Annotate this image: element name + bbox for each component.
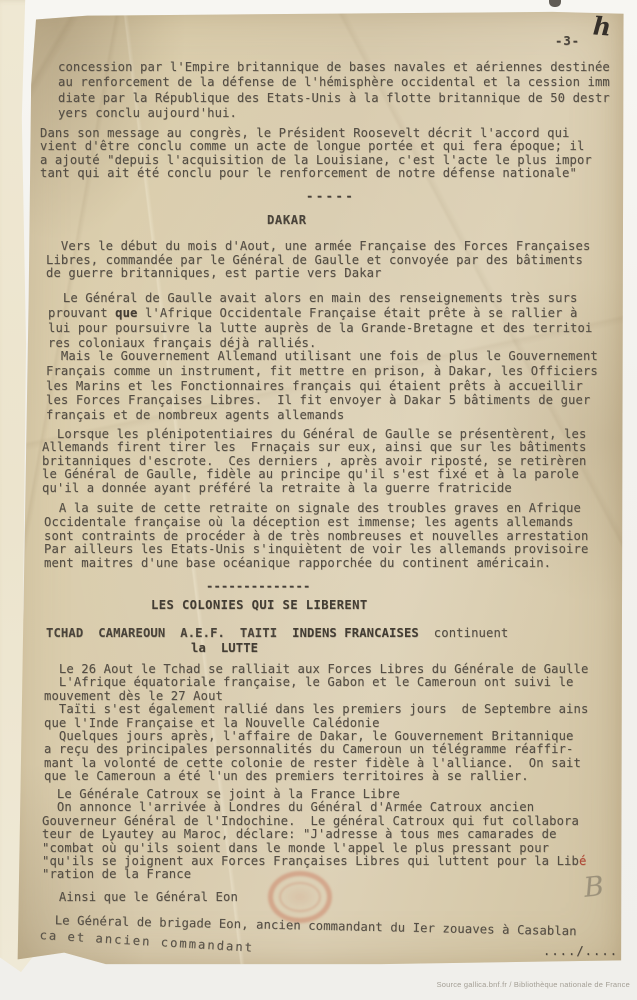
paragraph-catroux-start: Le Générale Catroux se joint à la France… bbox=[42, 787, 579, 868]
scanned-page: B h -3- concession par l'Empire britanni… bbox=[0, 0, 637, 1000]
red-typed-letter: é bbox=[579, 854, 586, 868]
paragraph-ralliements: Le 26 Aout le Tchad se ralliait aux Forc… bbox=[44, 663, 588, 784]
page-number: -3- bbox=[555, 34, 580, 48]
paragraph-catroux: Le Générale Catroux se joint à la France… bbox=[42, 788, 586, 882]
gallica-attribution: Source gallica.bnf.fr / Bibliothèque nat… bbox=[437, 980, 630, 989]
handwritten-mark: h bbox=[592, 11, 612, 41]
heading-dakar: DAKAR bbox=[267, 213, 307, 227]
paragraph-catroux-end: "ration de la France bbox=[42, 867, 191, 881]
continuation-dots: ..../.... bbox=[543, 944, 618, 958]
paragraph-renseignements: Le Général de Gaulle avait alors en main… bbox=[48, 291, 592, 351]
overstruck-word: que bbox=[115, 306, 137, 320]
paragraph-concession: concession par l'Empire britannique de b… bbox=[58, 60, 610, 121]
paragraph-retraite: A la suite de cette retraite on signale … bbox=[44, 502, 588, 571]
subheading-continuent: continuent bbox=[419, 626, 509, 640]
separator-dashes: ----- bbox=[306, 189, 355, 203]
heading-colonies: LES COLONIES QUI SE LIBERENT bbox=[151, 598, 368, 612]
subheading-la-lutte: la LUTTE bbox=[191, 641, 258, 655]
subheading-indes-francaises: INDENS FRANCAISES bbox=[292, 626, 419, 640]
paragraph-gouvernement-allemand: Mais le Gouvernement Allemand utilisant … bbox=[46, 349, 598, 423]
separator-dashes-long: -------------- bbox=[206, 579, 310, 593]
paragraph-vers-dakar: Vers le début du mois d'Aout, une armée … bbox=[46, 240, 590, 281]
top-edge-tear bbox=[549, 0, 561, 7]
paragraph-ainsi: Ainsi que le Général Eon bbox=[44, 890, 238, 904]
subheading-territoires: TCHAD CAMAREOUN A.E.F. TAITI INDENS FRAN… bbox=[46, 626, 508, 640]
paragraph-roosevelt: Dans son message au congrès, le Présiden… bbox=[40, 127, 592, 181]
subheading-territoires-list: TCHAD CAMAREOUN A.E.F. TAITI bbox=[46, 626, 292, 640]
paragraph-plenipotentiaires: Lorsque les plénipotentiaires du Général… bbox=[42, 428, 586, 495]
